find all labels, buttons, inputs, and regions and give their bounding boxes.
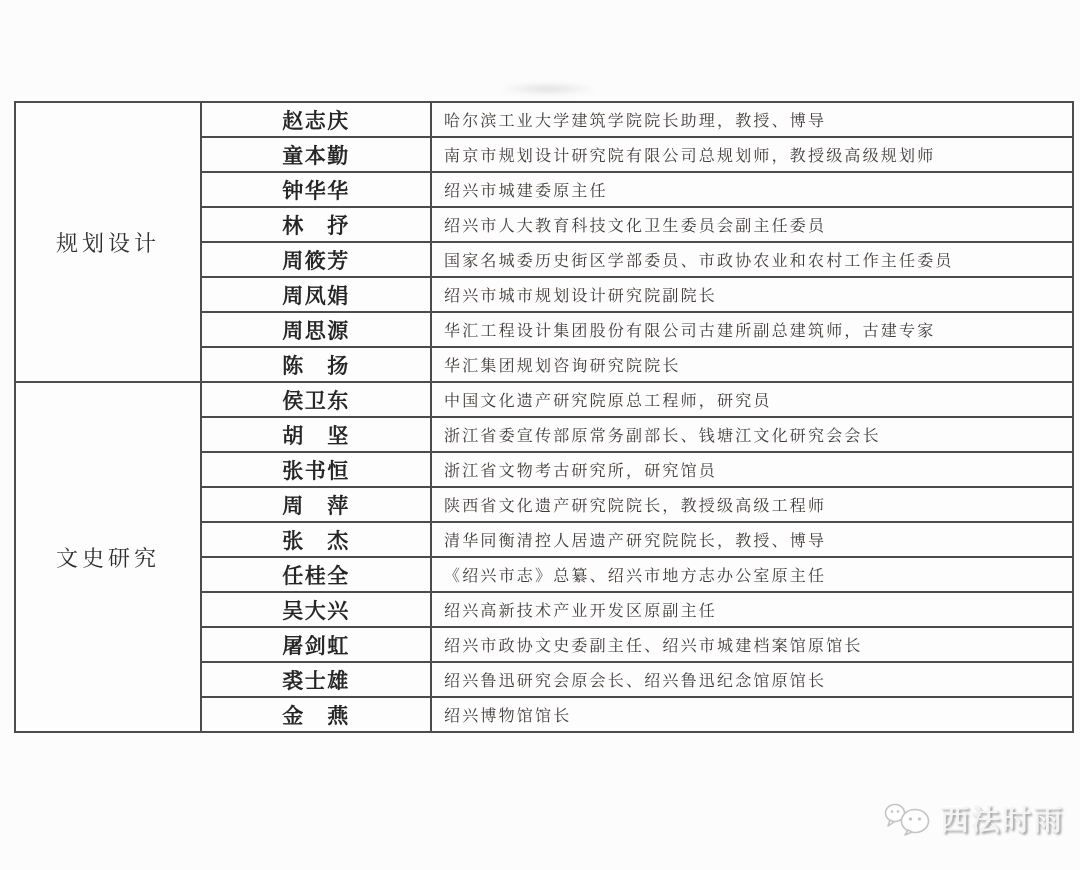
member-title-cell: 绍兴鲁迅研究会原会长、绍兴鲁迅纪念馆原馆长 bbox=[431, 662, 1073, 697]
member-name-cell: 童本勤 bbox=[201, 137, 431, 172]
member-title-cell: 华汇工程设计集团股份有限公司古建所副总建筑师，古建专家 bbox=[431, 312, 1073, 347]
member-name-cell: 裘士雄 bbox=[201, 662, 431, 697]
member-name-cell: 周思源 bbox=[201, 312, 431, 347]
member-title-cell: 华汇集团规划咨询研究院院长 bbox=[431, 347, 1073, 382]
member-name-cell: 张书恒 bbox=[201, 452, 431, 487]
member-name-cell: 陈 扬 bbox=[201, 347, 431, 382]
member-name-cell: 钟华华 bbox=[201, 172, 431, 207]
experts-table: 规划设计赵志庆哈尔滨工业大学建筑学院院长助理，教授、博导童本勤南京市规划设计研究… bbox=[14, 101, 1074, 733]
watermark: 西法时雨 bbox=[882, 798, 1064, 839]
table-row: 文史研究侯卫东中国文化遗产研究院原总工程师，研究员 bbox=[15, 382, 1073, 417]
wechat-icon bbox=[882, 801, 934, 837]
member-name-cell: 屠剑虹 bbox=[201, 627, 431, 662]
member-title-cell: 中国文化遗产研究院原总工程师，研究员 bbox=[431, 382, 1073, 417]
member-title-cell: 哈尔滨工业大学建筑学院院长助理，教授、博导 bbox=[431, 102, 1073, 137]
member-name-cell: 周筱芳 bbox=[201, 242, 431, 277]
member-name-cell: 赵志庆 bbox=[201, 102, 431, 137]
photo-smudge bbox=[498, 82, 598, 96]
member-name-cell: 任桂全 bbox=[201, 557, 431, 592]
member-name-cell: 侯卫东 bbox=[201, 382, 431, 417]
category-cell: 规划设计 bbox=[15, 102, 201, 382]
member-name-cell: 周 萍 bbox=[201, 487, 431, 522]
member-name-cell: 吴大兴 bbox=[201, 592, 431, 627]
member-name-cell: 周凤娟 bbox=[201, 277, 431, 312]
member-name-cell: 胡 坚 bbox=[201, 417, 431, 452]
table-row: 规划设计赵志庆哈尔滨工业大学建筑学院院长助理，教授、博导 bbox=[15, 102, 1073, 137]
member-title-cell: 绍兴高新技术产业开发区原副主任 bbox=[431, 592, 1073, 627]
member-title-cell: 绍兴市城建委原主任 bbox=[431, 172, 1073, 207]
member-title-cell: 南京市规划设计研究院有限公司总规划师，教授级高级规划师 bbox=[431, 137, 1073, 172]
member-title-cell: 绍兴市人大教育科技文化卫生委员会副主任委员 bbox=[431, 207, 1073, 242]
member-title-cell: 浙江省文物考古研究所，研究馆员 bbox=[431, 452, 1073, 487]
member-title-cell: 绍兴市城市规划设计研究院副院长 bbox=[431, 277, 1073, 312]
member-name-cell: 张 杰 bbox=[201, 522, 431, 557]
category-cell: 文史研究 bbox=[15, 382, 201, 732]
document-page: 规划设计赵志庆哈尔滨工业大学建筑学院院长助理，教授、博导童本勤南京市规划设计研究… bbox=[0, 0, 1080, 870]
member-title-cell: 《绍兴市志》总纂、绍兴市地方志办公室原主任 bbox=[431, 557, 1073, 592]
member-title-cell: 国家名城委历史街区学部委员、市政协农业和农村工作主任委员 bbox=[431, 242, 1073, 277]
member-title-cell: 清华同衡清控人居遗产研究院院长，教授、博导 bbox=[431, 522, 1073, 557]
member-title-cell: 浙江省委宣传部原常务副部长、钱塘江文化研究会会长 bbox=[431, 417, 1073, 452]
member-name-cell: 林 抒 bbox=[201, 207, 431, 242]
member-title-cell: 陕西省文化遗产研究院院长，教授级高级工程师 bbox=[431, 487, 1073, 522]
member-title-cell: 绍兴博物馆馆长 bbox=[431, 697, 1073, 732]
watermark-text: 西法时雨 bbox=[940, 798, 1064, 839]
member-title-cell: 绍兴市政协文史委副主任、绍兴市城建档案馆原馆长 bbox=[431, 627, 1073, 662]
member-name-cell: 金 燕 bbox=[201, 697, 431, 732]
